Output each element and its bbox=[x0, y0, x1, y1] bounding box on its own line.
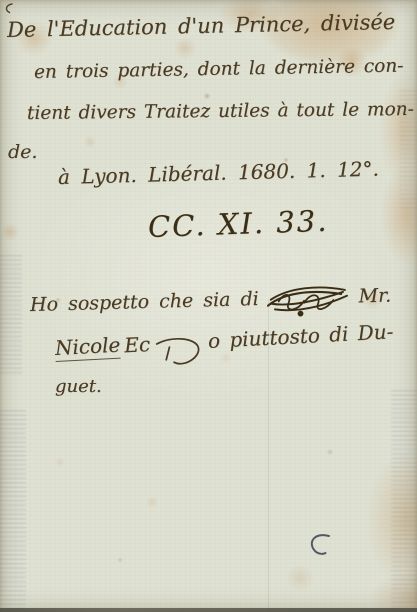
title-line-3: tient divers Traitez utiles à tout le mo… bbox=[27, 99, 414, 124]
scribble-strikeout bbox=[264, 282, 353, 318]
flourish-swash bbox=[154, 331, 206, 370]
suspected-author-name: Nicole bbox=[54, 333, 121, 362]
corner-squiggle-mark bbox=[2, 2, 15, 15]
title-line-1: De l'Education d'un Prince, divisée bbox=[7, 10, 396, 42]
note-line-3: guet. bbox=[55, 376, 102, 397]
note-etcetera: Ec bbox=[124, 332, 151, 357]
note-line-2: Nicole Ec o piuttosto di Du- bbox=[54, 313, 394, 367]
ink-blot bbox=[297, 311, 303, 317]
note-line-1-mr: Mr. bbox=[358, 285, 391, 308]
note-line-2-rest: o piuttosto di Du- bbox=[207, 319, 394, 353]
stray-c-ink-mark bbox=[305, 532, 335, 558]
verso-showthrough-left-mid bbox=[0, 255, 22, 375]
verso-showthrough-right-low bbox=[391, 390, 417, 612]
verso-showthrough-left-low bbox=[0, 410, 26, 612]
title-line-2: en trois parties, dont la dernière con- bbox=[34, 56, 404, 83]
imprint-line: à Lyon. Libéral. 1680. 1. 12°. bbox=[58, 157, 379, 189]
bottom-page-edge bbox=[0, 608, 417, 612]
shelfmark: CC. XI. 33. bbox=[147, 204, 329, 244]
title-line-4: de. bbox=[8, 141, 37, 163]
manuscript-page: De l'Education d'un Prince, divisée en t… bbox=[0, 0, 417, 612]
note-line-1-text: Ho sospetto che sia di bbox=[30, 288, 259, 316]
